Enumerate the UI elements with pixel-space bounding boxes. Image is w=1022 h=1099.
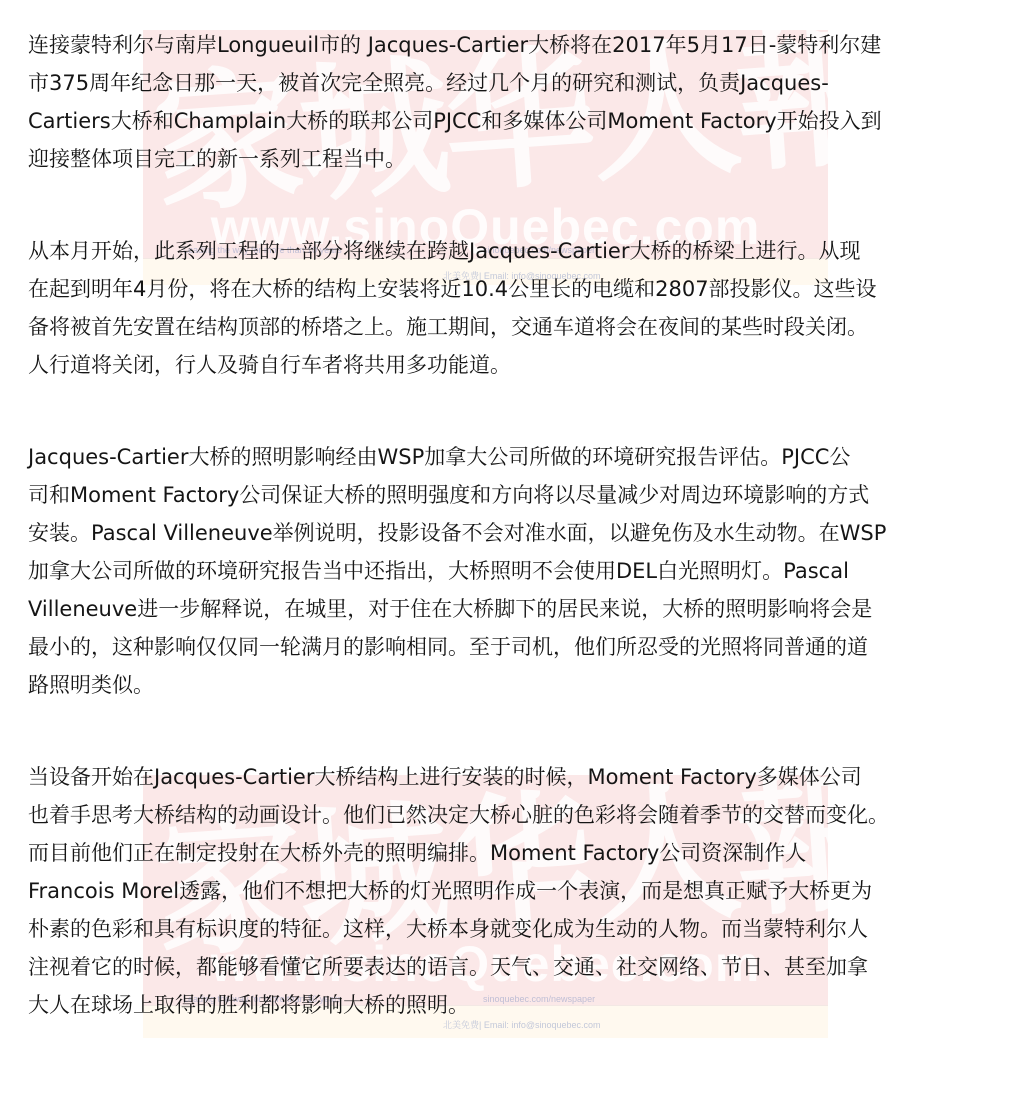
text-line: 注视着它的时候，都能够看懂它所要表达的语言。天气、交通、社交网络、节日、甚至加拿 — [28, 948, 998, 986]
text-line: 备将被首先安置在结构顶部的桥塔之上。施工期间，交通车道将会在夜间的某些时段关闭。 — [28, 308, 998, 346]
text-line: 市375周年纪念日那一天，被首次完全照亮。经过几个月的研究和测试，负责Jacqu… — [28, 64, 998, 102]
paragraph-4: 当设备开始在Jacques-Cartier大桥结构上进行安装的时候，Moment… — [28, 758, 998, 1024]
paragraph-1: 连接蒙特利尔与南岸Longueuil市的 Jacques-Cartier大桥将在… — [28, 26, 998, 178]
text-line: 从本月开始，此系列工程的一部分将继续在跨越Jacques-Cartier大桥的桥… — [28, 232, 998, 270]
text-line: Jacques-Cartier大桥的照明影响经由WSP加拿大公司所做的环境研究报… — [28, 438, 998, 476]
text-line: 加拿大公司所做的环境研究报告当中还指出，大桥照明不会使用DEL白光照明灯。Pas… — [28, 552, 998, 590]
text-line: 连接蒙特利尔与南岸Longueuil市的 Jacques-Cartier大桥将在… — [28, 26, 998, 64]
text-line: 大人在球场上取得的胜利都将影响大桥的照明。 — [28, 986, 998, 1024]
text-line: Cartiers大桥和Champlain大桥的联邦公司PJCC和多媒体公司Mom… — [28, 102, 998, 140]
text-line: Francois Morel透露，他们不想把大桥的灯光照明作成一个表演，而是想真… — [28, 872, 998, 910]
text-line: 在起到明年4月份，将在大桥的结构上安装将近10.4公里长的电缆和2807部投影仪… — [28, 270, 998, 308]
text-line: 而目前他们正在制定投射在大桥外壳的照明编排。Moment Factory公司资深… — [28, 834, 998, 872]
paragraph-3: Jacques-Cartier大桥的照明影响经由WSP加拿大公司所做的环境研究报… — [28, 438, 998, 704]
text-line: 安装。Pascal Villeneuve举例说明，投影设备不会对准水面，以避免伤… — [28, 514, 998, 552]
text-line: 也着手思考大桥结构的动画设计。他们已然决定大桥心脏的色彩将会随着季节的交替而变化… — [28, 796, 998, 834]
text-line: 最小的，这种影响仅仅同一轮满月的影响相同。至于司机，他们所忍受的光照将同普通的道 — [28, 628, 998, 666]
text-line: Villeneuve进一步解释说，在城里，对于住在大桥脚下的居民来说，大桥的照明… — [28, 590, 998, 628]
text-line: 当设备开始在Jacques-Cartier大桥结构上进行安装的时候，Moment… — [28, 758, 998, 796]
text-line: 司和Moment Factory公司保证大桥的照明强度和方向将以尽量减少对周边环… — [28, 476, 998, 514]
text-line: 迎接整体项目完工的新一系列工程当中。 — [28, 140, 998, 178]
text-line: 人行道将关闭，行人及骑自行车者将共用多功能道。 — [28, 346, 998, 384]
paragraph-2: 从本月开始，此系列工程的一部分将继续在跨越Jacques-Cartier大桥的桥… — [28, 232, 998, 384]
text-line: 路照明类似。 — [28, 666, 998, 704]
article-body: 连接蒙特利尔与南岸Longueuil市的 Jacques-Cartier大桥将在… — [28, 26, 998, 1078]
text-line: 朴素的色彩和具有标识度的特征。这样，大桥本身就变化成为生动的人物。而当蒙特利尔人 — [28, 910, 998, 948]
